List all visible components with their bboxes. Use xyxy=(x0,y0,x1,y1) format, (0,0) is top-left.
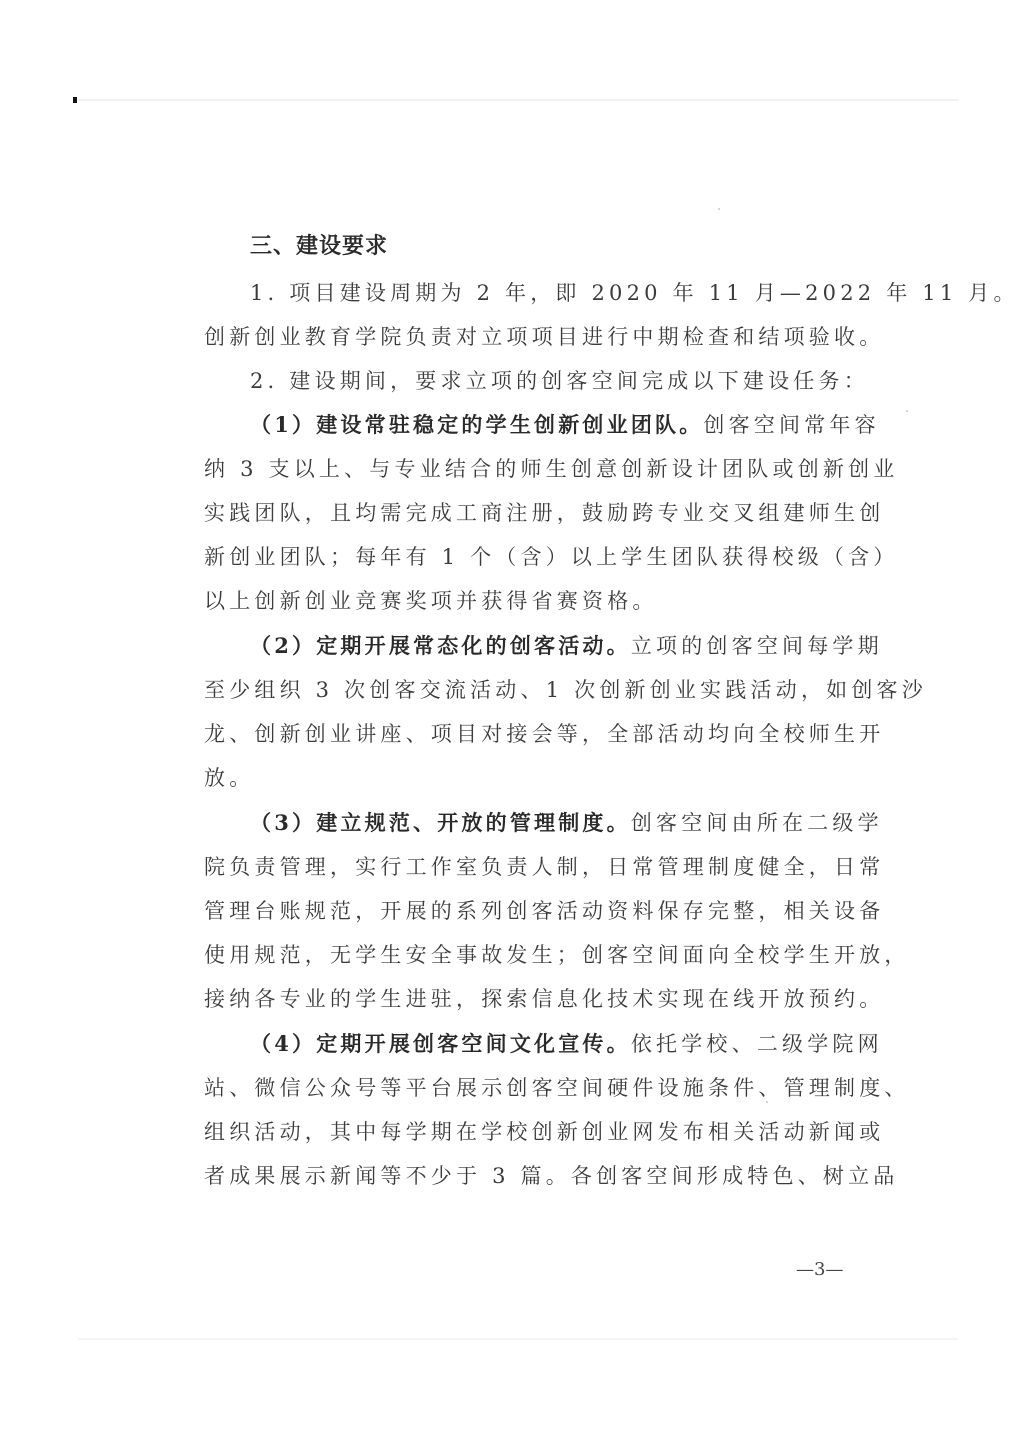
paragraph-line: 组织活动，其中每学期在学校创新创业网发布相关活动新闻或 xyxy=(204,1117,884,1147)
page-number: —3— xyxy=(796,1259,843,1280)
item-2-number: （2） xyxy=(250,633,316,658)
page-edge-bottom xyxy=(78,1338,958,1340)
item-4-number: （4） xyxy=(250,1031,316,1056)
item-2-title: 定期开展常态化的创客活动。 xyxy=(316,633,631,658)
scan-mark xyxy=(73,97,77,103)
item-1-title: 建设常驻稳定的学生创新创业团队。 xyxy=(316,412,703,437)
paragraph-line: 站、微信公众号等平台展示创客空间硬件设施条件、管理制度、 xyxy=(204,1073,910,1103)
item-1-text: 创客空间常年容 xyxy=(703,413,879,437)
item-1-number: （1） xyxy=(250,412,316,437)
item-4-title: 定期开展创客空间文化宣传。 xyxy=(316,1031,631,1056)
item-3-title: 建立规范、开放的管理制度。 xyxy=(316,810,631,835)
item-2-text: 立项的创客空间每学期 xyxy=(631,634,883,658)
paragraph-line: 龙、创新创业讲座、项目对接会等，全部活动均向全校师生开 xyxy=(204,719,884,749)
paragraph-line: 纳 3 支以上、与专业结合的师生创意创新设计团队或创新创业 xyxy=(204,454,899,484)
page-edge-top xyxy=(78,99,958,101)
item-4-first-line: （4）定期开展创客空间文化宣传。依托学校、二级学院网 xyxy=(250,1029,883,1059)
paragraph-line: 管理台账规范，开展的系列创客活动资料保存完整，相关设备 xyxy=(204,896,884,926)
paragraph-line: 新创业团队；每年有 1 个（含）以上学生团队获得校级（含） xyxy=(204,542,899,572)
item-3-first-line: （3）建立规范、开放的管理制度。创客空间由所在二级学 xyxy=(250,808,883,838)
item-1-first-line: （1）建设常驻稳定的学生创新创业团队。创客空间常年容 xyxy=(250,410,880,440)
scan-speck xyxy=(718,208,720,210)
item-3-number: （3） xyxy=(250,810,316,835)
paragraph-line: 者成果展示新闻等不少于 3 篇。各创客空间形成特色、树立品 xyxy=(204,1161,899,1191)
item-3-text: 创客空间由所在二级学 xyxy=(631,811,883,835)
paragraph-line: 2. 建设期间，要求立项的创客空间完成以下建设任务： xyxy=(250,366,869,396)
paragraph-line: 使用规范，无学生安全事故发生；创客空间面向全校学生开放， xyxy=(204,940,910,970)
scan-speck xyxy=(906,410,908,412)
paragraph-line: 以上创新创业竞赛奖项并获得省赛资格。 xyxy=(204,586,658,616)
section-heading: 三、建设要求 xyxy=(250,229,388,260)
item-4-text: 依托学校、二级学院网 xyxy=(631,1032,883,1056)
paragraph-line: 至少组织 3 次创客交流活动、1 次创新创业实践活动，如创客沙 xyxy=(204,675,927,705)
paragraph-line: 1. 项目建设周期为 2 年，即 2020 年 11 月—2022 年 11 月… xyxy=(250,278,1019,308)
paragraph-line: 实践团队，且均需完成工商注册，鼓励跨专业交叉组建师生创 xyxy=(204,498,884,528)
paragraph-line: 放。 xyxy=(204,763,254,793)
paragraph-line: 院负责管理，实行工作室负责人制，日常管理制度健全，日常 xyxy=(204,852,884,882)
item-2-first-line: （2）定期开展常态化的创客活动。立项的创客空间每学期 xyxy=(250,631,883,661)
paragraph-line: 创新创业教育学院负责对立项项目进行中期检查和结项验收。 xyxy=(204,322,884,352)
paragraph-line: 接纳各专业的学生进驻，探索信息化技术实现在线开放预约。 xyxy=(204,984,884,1014)
